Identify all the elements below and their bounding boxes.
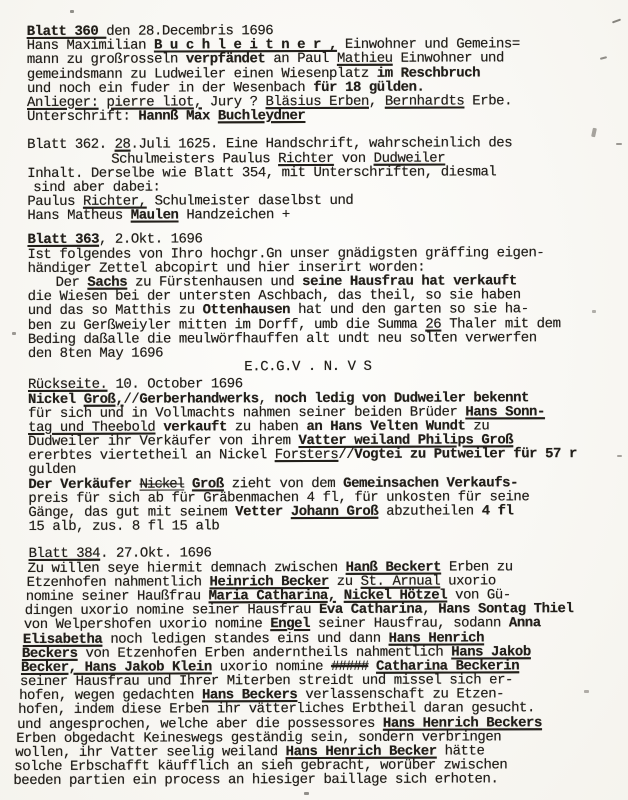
underlined-text: Maulen: [131, 208, 179, 224]
text-segment: Vetter: [235, 504, 291, 520]
text-segment: beeden partien ein process an hiesiger b…: [13, 772, 498, 790]
scan-artifact: [616, 143, 622, 145]
underlined-text: Buchleydner: [218, 108, 306, 124]
text-segment: den 8ten May 1696: [28, 345, 163, 361]
section-blatt-384: Blatt 384. 27.Okt. 1696Zu willen seye hi…: [29, 545, 628, 788]
underlined-text: Bernhardts: [385, 93, 465, 109]
underlined-text: Johann Groß: [291, 504, 379, 520]
section-blatt-360: Blatt 360 den 28.Decembris 1696Hans Maxi…: [27, 23, 627, 124]
text-segment: Unterschrift:: [27, 109, 138, 125]
text-segment: E.C.G.V . N. V S: [244, 359, 371, 375]
text-segment: Erbe.: [464, 93, 512, 109]
text-line: 15 alb, zus. 8 fl 15 alb: [28, 518, 628, 534]
section-blatt-362: Blatt 362. 28.Juli 1625. Eine Handschrif…: [27, 136, 627, 223]
text-segment: Blatt 362.: [27, 137, 115, 153]
text-segment: 4 fl: [482, 503, 514, 519]
section-rueckseite: Rückseite. 10. October 1696Nickel Groß,/…: [28, 376, 628, 534]
scan-artifact: [617, 455, 622, 457]
text-segment: Vogtei zu Putweiler für 57 r: [354, 446, 577, 463]
document-page: Blatt 360 den 28.Decembris 1696Hans Maxi…: [0, 0, 628, 800]
text-segment: ,: [369, 94, 385, 110]
text-line: beeden partien ein process an hiesiger b…: [13, 772, 628, 788]
text-segment: Handzeichen +: [178, 207, 289, 223]
section-blatt-363: Blatt 363, 2.Okt. 1696Ist folgendes von …: [27, 231, 627, 375]
scan-artifact: [12, 332, 16, 335]
text-line: ererbtes viertetheil an Nickel Forsters/…: [28, 447, 628, 463]
text-line: Unterschrift: Hannß Max Buchleydner: [27, 108, 627, 124]
text-line: Hans Matheus Maulen Handzeichen +: [27, 207, 627, 223]
scan-artifact: [304, 792, 309, 795]
scan-artifact: [584, 690, 589, 693]
text-segment: Hans Matheus: [27, 208, 130, 224]
text-segment: Hannß Max: [138, 108, 218, 124]
scan-artifact: [592, 310, 596, 313]
text-segment: Anna: [509, 616, 541, 632]
text-segment: //: [338, 447, 354, 463]
underlined-text: Forsters: [275, 447, 339, 463]
typewritten-text-block: Blatt 360 den 28.Decembris 1696Hans Maxi…: [0, 0, 628, 789]
text-segment: abzutheilen: [378, 503, 481, 519]
text-segment: 15 alb, zus. 8 fl 15 alb: [28, 519, 219, 536]
scan-artifact: [70, 10, 74, 13]
